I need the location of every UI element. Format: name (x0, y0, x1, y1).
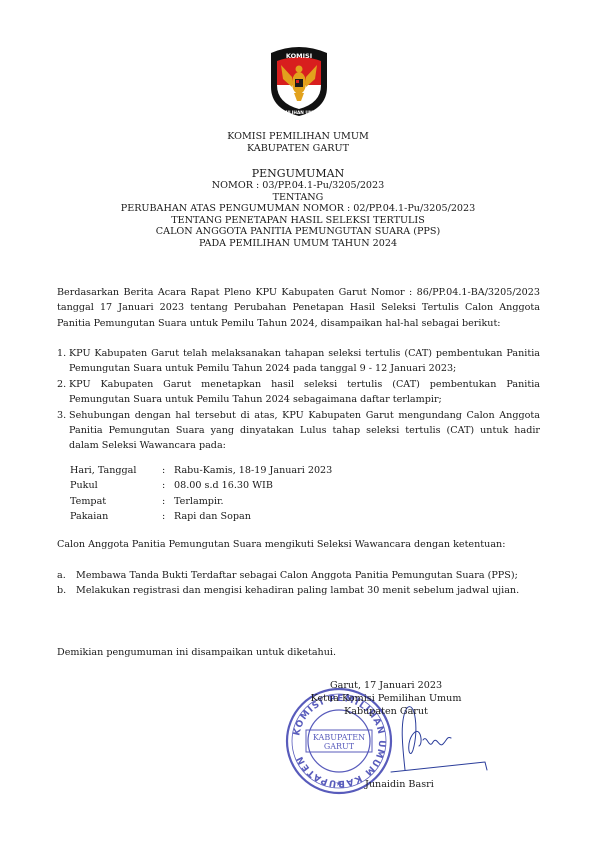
schedule-key: Pukul (70, 478, 162, 493)
signatory-name: Junaidin Basri (365, 779, 434, 790)
list-letter: a. (57, 568, 66, 583)
schedule-row: Pukul : 08.00 s.d 16.30 WIB (70, 478, 332, 493)
schedule-row: Tempat : Terlampir. (70, 494, 332, 509)
schedule-value: Rapi dan Sopan (174, 509, 251, 524)
signature-place-date: Garut, 17 Januari 2023 (300, 679, 472, 692)
schedule-value: Terlampir. (174, 494, 224, 509)
schedule-key: Pakaian (70, 509, 162, 524)
closing-statement: Demikian pengumuman ini disampaikan untu… (57, 645, 540, 660)
schedule-key: Hari, Tanggal (70, 463, 162, 478)
list-number: 2. (57, 377, 66, 392)
list-item: a. Membawa Tanda Bukti Terdaftar sebagai… (57, 568, 540, 583)
svg-text:KOMISI: KOMISI (286, 52, 312, 60)
list-number: 1. (57, 346, 66, 361)
announcement-title-block: PENGUMUMAN NOMOR : 03/PP.04.1-Pu/3205/20… (0, 167, 596, 250)
svg-text:PEMILIHAN UMUM: PEMILIHAN UMUM (277, 110, 321, 116)
svg-text:GARUT: GARUT (324, 742, 355, 751)
announcement-subject-3: CALON ANGGOTA PANITIA PEMUNGUTAN SUARA (… (0, 226, 596, 238)
schedule-row: Pakaian : Rapi dan Sopan (70, 509, 332, 524)
provisions-intro: Calon Anggota Panitia Pemungutan Suara m… (57, 537, 540, 552)
schedule-sep: : (162, 478, 174, 493)
interview-schedule: Hari, Tanggal : Rabu-Kamis, 18-19 Januar… (70, 463, 332, 525)
list-item: 3. Sehubungan dengan hal tersebut di ata… (57, 408, 540, 454)
kpu-logo-icon: KOMISI PEMILIHAN UMUM (267, 43, 331, 117)
announcement-subject-1: PERUBAHAN ATAS PENGUMUMAN NOMOR : 02/PP.… (0, 203, 596, 215)
schedule-value: 08.00 s.d 16.30 WIB (174, 478, 273, 493)
schedule-row: Hari, Tanggal : Rabu-Kamis, 18-19 Januar… (70, 463, 332, 478)
list-text: Membawa Tanda Bukti Terdaftar sebagai Ca… (76, 570, 518, 581)
announcement-about: TENTANG (0, 192, 596, 204)
svg-text:★: ★ (335, 779, 342, 788)
announcement-heading: PENGUMUMAN (0, 167, 596, 180)
list-text: KPU Kabupaten Garut menetapkan hasil sel… (69, 379, 540, 405)
list-text: Sehubungan dengan hal tersebut di atas, … (69, 410, 540, 452)
signature-region: Kabupaten Garut (300, 705, 472, 718)
list-text: KPU Kabupaten Garut telah melaksanakan t… (69, 348, 540, 374)
list-item: b. Melakukan registrasi dan mengisi keha… (57, 583, 540, 598)
announcement-number: NOMOR : 03/PP.04.1-Pu/3205/2023 (0, 180, 596, 192)
list-letter: b. (57, 583, 66, 598)
org-name: KOMISI PEMILIHAN UMUM (0, 131, 596, 143)
org-region: KABUPATEN GARUT (0, 143, 596, 155)
signature-block: Garut, 17 Januari 2023 Ketua Komisi Pemi… (300, 679, 472, 718)
list-item: 2. KPU Kabupaten Garut menetapkan hasil … (57, 377, 540, 408)
signature-position: Ketua Komisi Pemilihan Umum (300, 692, 472, 705)
schedule-value: Rabu-Kamis, 18-19 Januari 2023 (174, 463, 332, 478)
list-number: 3. (57, 408, 66, 423)
list-item: 1. KPU Kabupaten Garut telah melaksanaka… (57, 346, 540, 377)
schedule-sep: : (162, 494, 174, 509)
list-text: Melakukan registrasi dan mengisi kehadir… (76, 585, 519, 596)
intro-paragraph: Berdasarkan Berita Acara Rapat Pleno KPU… (57, 285, 540, 331)
schedule-sep: : (162, 509, 174, 524)
numbered-list: 1. KPU Kabupaten Garut telah melaksanaka… (57, 346, 540, 454)
schedule-key: Tempat (70, 494, 162, 509)
schedule-sep: : (162, 463, 174, 478)
letterhead: KOMISI PEMILIHAN UMUM KABUPATEN GARUT (0, 131, 596, 154)
provisions-list: a. Membawa Tanda Bukti Terdaftar sebagai… (57, 568, 540, 599)
announcement-subject-4: PADA PEMILIHAN UMUM TAHUN 2024 (0, 238, 596, 250)
svg-text:KABUPATEN: KABUPATEN (313, 733, 365, 742)
announcement-subject-2: TENTANG PENETAPAN HASIL SELEKSI TERTULIS (0, 215, 596, 227)
